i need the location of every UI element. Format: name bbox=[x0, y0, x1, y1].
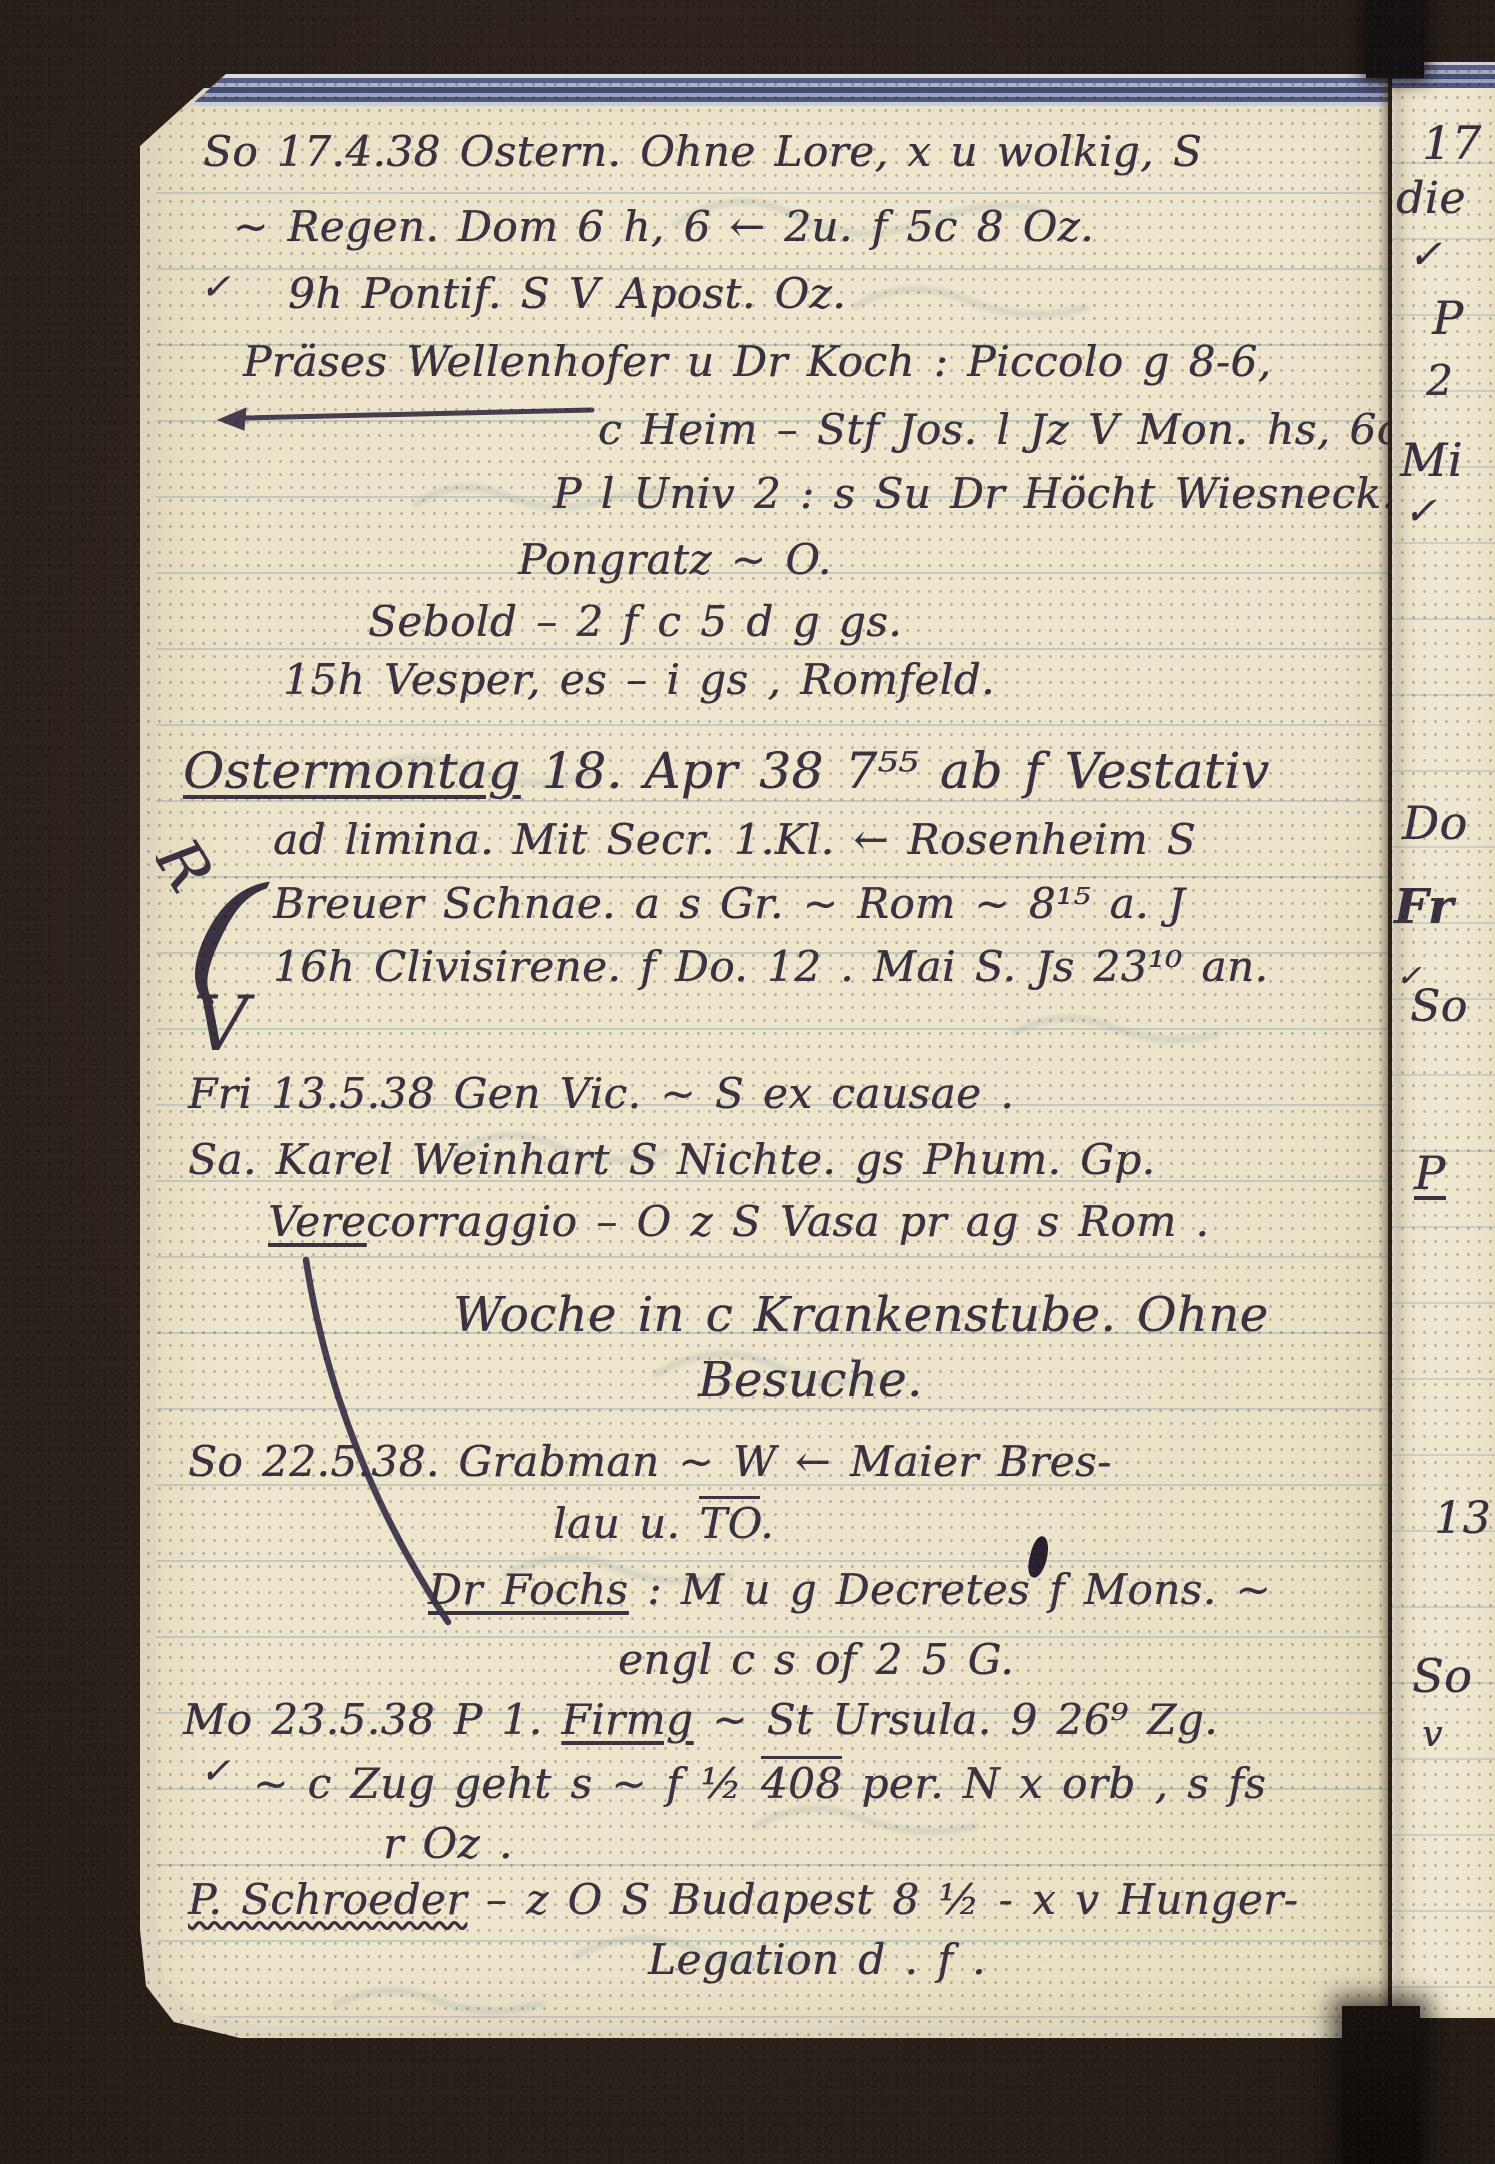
spine-shadow-top bbox=[1366, 0, 1424, 78]
hand-line: So 22.5.38. Grabman ~ W ← Maier Bres- bbox=[188, 1438, 1112, 1486]
hand-line: Verecorraggio – O z S Vasa pr ag s Rom . bbox=[268, 1198, 1209, 1246]
hand-line: 16h Clivisirene. f Do. 12 . Mai S. Js 23… bbox=[273, 943, 1268, 991]
hand-line: P l Univ 2 : s Su Dr Höcht Wiesneck. S bbox=[553, 470, 1443, 518]
hand-line: Fri 13.5.38 Gen Vic. ~ S ex causae . bbox=[188, 1070, 1014, 1118]
hand-line-fragment: Do bbox=[1402, 797, 1468, 850]
hand-line: Besuche. bbox=[698, 1353, 923, 1408]
hand-line: Ostermontag 18. Apr 38 7⁵⁵ ab f Vestativ bbox=[183, 743, 1270, 801]
hand-line: Legation d . f . bbox=[648, 1936, 986, 1984]
hand-line-fragment: 2 bbox=[1426, 357, 1453, 405]
hand-line: Breuer Schnae. a s Gr. ~ Rom ~ 8¹⁵ a. J bbox=[273, 880, 1185, 928]
scanned-notebook-photo: So 17.4.38 Ostern. Ohne Lore, x u wolkig… bbox=[0, 0, 1495, 2164]
hand-line: P. Schroeder – z O S Budapest 8 ½ - x v … bbox=[188, 1876, 1298, 1924]
hand-line-fragment: die bbox=[1396, 174, 1466, 225]
hand-line: Sebold – 2 f c 5 d g gs. bbox=[368, 598, 902, 646]
hand-line: ad limina. Mit Secr. 1.Kl. ← Rosenheim S bbox=[273, 816, 1196, 864]
hand-line-fragment: Fr bbox=[1394, 880, 1454, 935]
checkmark-icon: ✓ bbox=[200, 270, 230, 306]
hand-line: Präses Wellenhofer u Dr Koch : Piccolo g… bbox=[243, 338, 1272, 386]
hand-line: r Oz . bbox=[383, 1820, 513, 1868]
facing-page-edge: 17die✓P2Mi✓DoFr✓SoP13Sov bbox=[1392, 62, 1495, 2018]
hand-line-fragment: Mi bbox=[1400, 434, 1463, 487]
hand-line-fragment: ✓ bbox=[1408, 232, 1442, 278]
hand-line: 9h Pontif. S V Apost. Oz. bbox=[288, 270, 846, 318]
checkmark-icon: ✓ bbox=[200, 1754, 230, 1790]
handwriting-layer: 17die✓P2Mi✓DoFr✓SoP13Sov bbox=[1392, 62, 1495, 2018]
hand-line-fragment: P bbox=[1414, 1147, 1445, 1200]
hand-line: Pongratz ~ O. bbox=[518, 536, 832, 584]
hand-line: engl c s of 2 5 G. bbox=[618, 1636, 1014, 1684]
hand-line: Mo 23.5.38 P 1. Firmg ~ St Ursula. 9 26⁹… bbox=[183, 1696, 1218, 1744]
hand-line-fragment: So bbox=[1410, 982, 1468, 1033]
hand-line: So 17.4.38 Ostern. Ohne Lore, x u wolkig… bbox=[203, 128, 1202, 176]
hand-line: Woche in c Krankenstube. Ohne bbox=[453, 1288, 1268, 1343]
hand-line-fragment: v bbox=[1422, 1714, 1443, 1755]
hand-line-fragment: 17 bbox=[1422, 117, 1482, 170]
hand-line: lau u. TO. bbox=[553, 1500, 774, 1548]
hand-line-fragment: 13 bbox=[1434, 1494, 1491, 1545]
hand-line: c Heim – Stf Jos. l Jz V Mon. hs, 6c s g… bbox=[598, 406, 1495, 454]
hand-line: 15h Vesper, es – i gs , Romfeld. bbox=[283, 656, 995, 704]
hand-line: ~ Regen. Dom 6 h, 6 ← 2u. f 5c 8 Oz. bbox=[233, 203, 1094, 251]
spine-shadow-bottom bbox=[1342, 2006, 1420, 2164]
hand-line-fragment: ✓ bbox=[1404, 490, 1436, 534]
diary-left-page: So 17.4.38 Ostern. Ohne Lore, x u wolkig… bbox=[156, 74, 1388, 2026]
hand-line: ~ c Zug geht s ~ f ½ 408 per. N x orb , … bbox=[253, 1760, 1266, 1808]
hand-line-fragment: So bbox=[1412, 1650, 1472, 1703]
hand-line: Sa. Karel Weinhart S Nichte. gs Phum. Gp… bbox=[188, 1136, 1155, 1184]
v-checkmark-icon: V bbox=[193, 986, 248, 1062]
handwriting-layer: So 17.4.38 Ostern. Ohne Lore, x u wolkig… bbox=[156, 74, 1388, 2026]
hand-line-fragment: P bbox=[1432, 292, 1463, 345]
hand-line: Dr Fochs : M u g Decretes f Mons. ~ bbox=[428, 1566, 1271, 1614]
